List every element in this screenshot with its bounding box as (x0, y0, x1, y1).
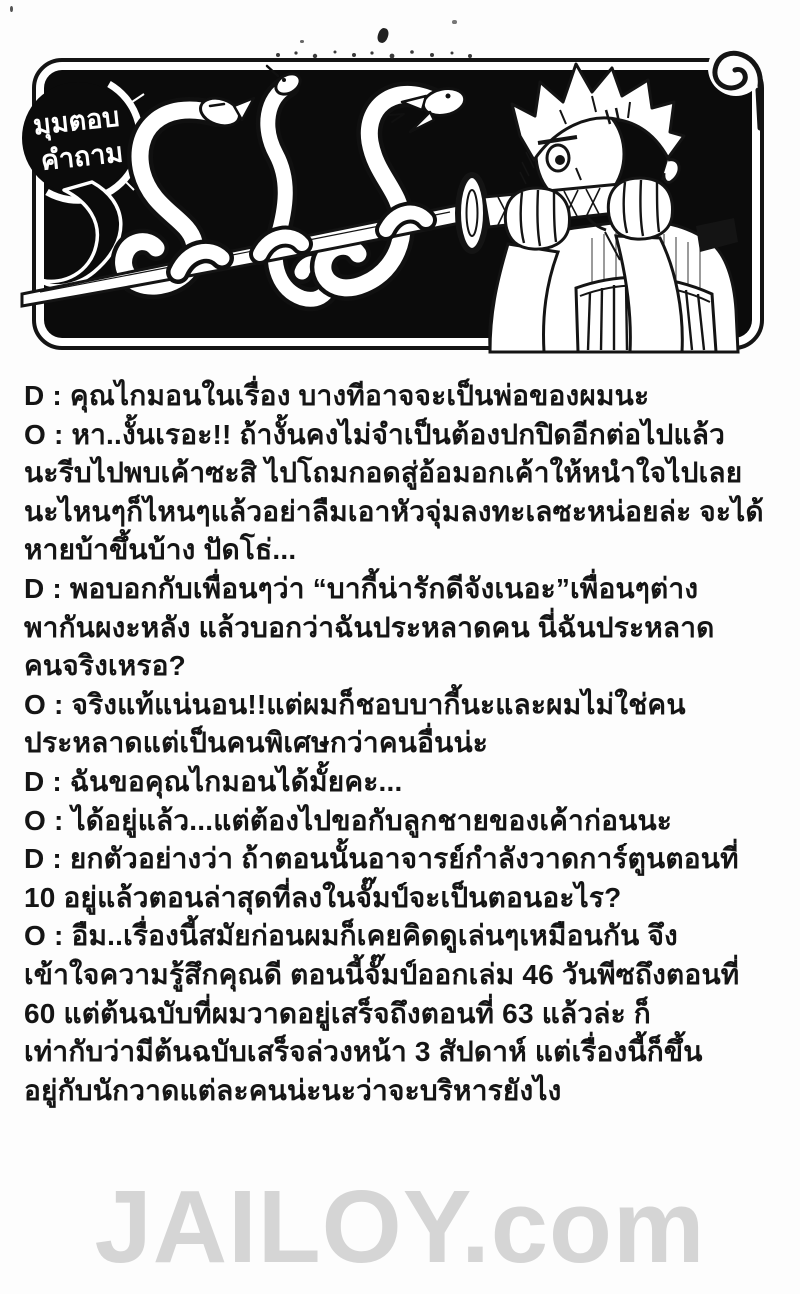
qa-line: ประหลาดแต่เป็นคนพิเศษกว่าคนอื่นน่ะ (24, 724, 780, 763)
banner-illustration: มุมตอบ คำถาม (20, 40, 780, 362)
qa-line: D : ยกตัวอย่างว่า ถ้าตอนนั้นอาจารย์กำลัง… (24, 840, 780, 879)
header-banner: มุมตอบ คำถาม (0, 0, 800, 372)
qa-line: O : อืม..เรื่องนี้สมัยก่อนผมก็เคยคิดดูเล… (24, 917, 780, 956)
ink-speck (10, 6, 13, 12)
manga-page: มุมตอบ คำถาม (0, 0, 800, 1294)
qa-line: D : คุณไกมอนในเรื่อง บางทีอาจจะเป็นพ่อขอ… (24, 377, 780, 416)
qa-line: O : หา..งั้นเรอะ!! ถ้างั้นคงไม่จำเป็นต้อ… (24, 416, 780, 455)
qa-line: นะรีบไปพบเค้าซะสิ ไปโถมกอดสู่อ้อมอกเค้าใ… (24, 454, 780, 493)
ink-speck (452, 20, 457, 24)
qa-line: อยู่กับนักวาดแต่ละคนน่ะนะว่าจะบริหารยังไ… (24, 1072, 780, 1111)
qa-line: เข้าใจความรู้สึกคุณดี ตอนนี้จั๊มป์ออกเล่… (24, 956, 780, 995)
ink-speck (300, 40, 304, 43)
qa-line: คนจริงเหรอ? (24, 647, 780, 686)
qa-line: 60 แต่ต้นฉบับที่ผมวาดอยู่เสร็จถึงตอนที่ … (24, 995, 780, 1034)
qa-line: O : จริงแท้แน่นอน!!แต่ผมก็ชอบบากี้นะและผ… (24, 686, 780, 725)
qa-text-block: D : คุณไกมอนในเรื่อง บางทีอาจจะเป็นพ่อขอ… (24, 377, 780, 1110)
watermark: JAILOY.com (0, 1168, 800, 1286)
qa-line: เท่ากับว่ามีต้นฉบับเสร็จล่วงหน้า 3 สัปดา… (24, 1033, 780, 1072)
qa-line: O : ได้อยู่แล้ว...แต่ต้องไปขอกับลูกชายขอ… (24, 802, 780, 841)
qa-line: หายบ้าขึ้นบ้าง ปัดโธ่... (24, 531, 780, 570)
qa-line: 10 อยู่แล้วตอนล่าสุดที่ลงในจั๊มป์จะเป็นต… (24, 879, 780, 918)
qa-line: นะไหนๆก็ไหนๆแล้วอย่าลืมเอาหัวจุ่มลงทะเลซ… (24, 493, 780, 532)
screentone-noise (276, 50, 472, 58)
qa-line: พากันผงะหลัง แล้วบอกว่าฉันประหลาดคน นี่ฉ… (24, 609, 780, 648)
qa-line: D : ฉันขอคุณไกมอนได้มั้ยคะ... (24, 763, 780, 802)
qa-line: D : พอบอกกับเพื่อนๆว่า “บากี้น่ารักดีจัง… (24, 570, 780, 609)
